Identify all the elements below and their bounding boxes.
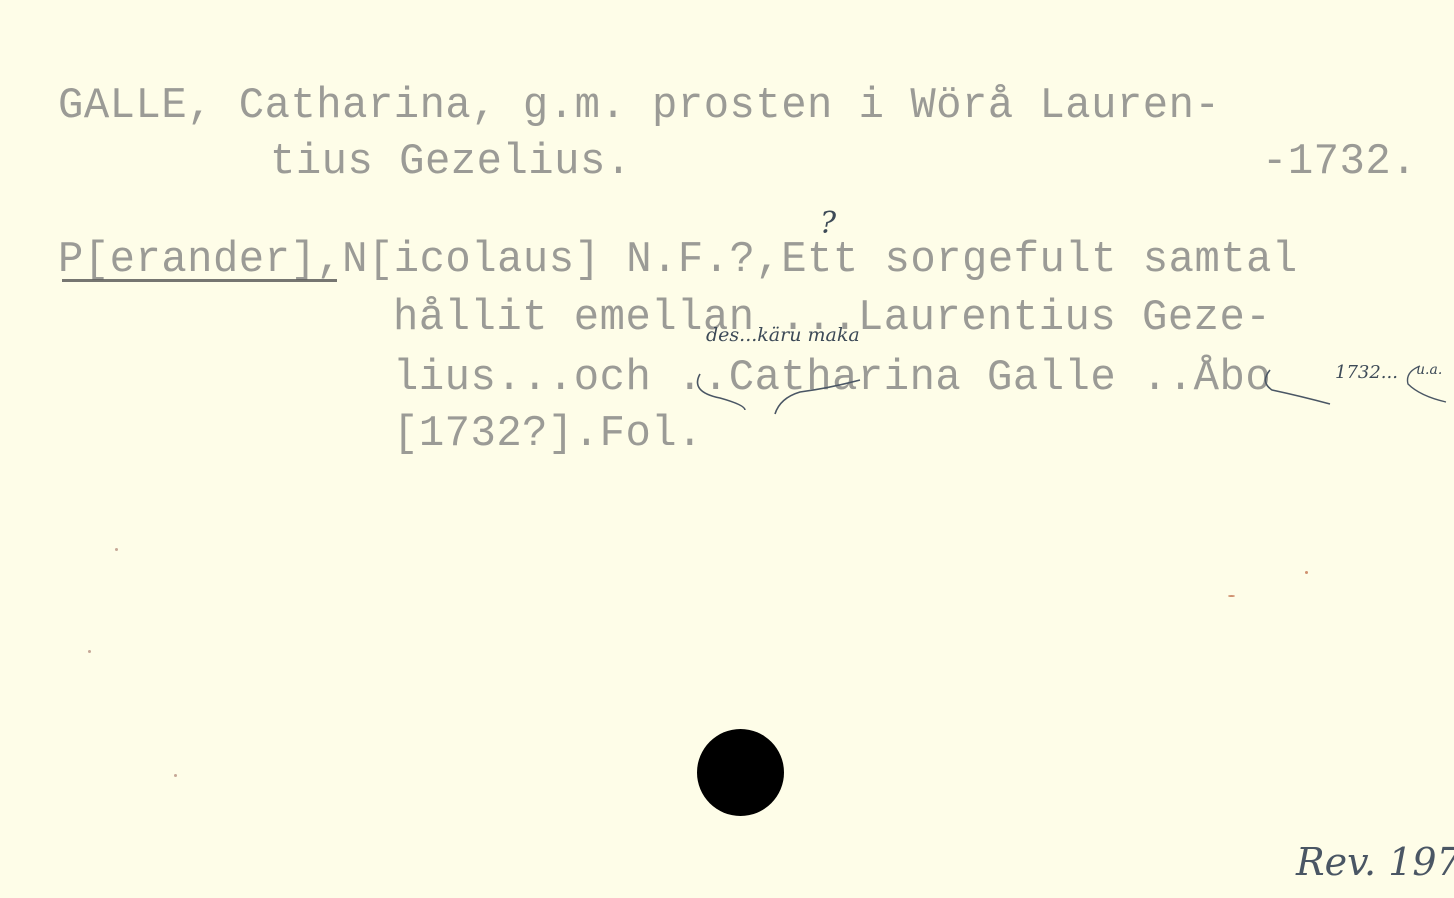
annotation-year: 1732... <box>1335 362 1398 383</box>
annotation-ua: u.a. <box>1416 362 1442 378</box>
catalog-card: GALLE, Catharina, g.m. prosten i Wörå La… <box>0 0 1454 898</box>
paper-speck <box>1305 571 1308 574</box>
entry-line-1: P[erander],N[icolaus] N.F.?,Ett sorgeful… <box>58 238 1298 282</box>
punch-hole <box>697 729 784 816</box>
entry-line-3: lius...och ..Catharina Galle ..Åbo <box>393 356 1271 400</box>
query-mark: ? <box>820 206 836 241</box>
paper-speck <box>88 650 91 653</box>
heading-line-1: GALLE, Catharina, g.m. prosten i Wörå La… <box>58 84 1220 128</box>
heading-date: -1732. <box>1262 140 1417 184</box>
paper-speck <box>174 774 177 777</box>
annotation-des-kara-maka: des...käru maka <box>706 324 860 346</box>
heading-line-2: tius Gezelius. <box>270 140 632 184</box>
paper-speck <box>115 548 118 551</box>
revision-note: Rev. 1970 <box>1296 840 1454 884</box>
author-underline <box>62 279 337 282</box>
entry-line-4: [1732?].Fol. <box>393 412 703 456</box>
paper-speck <box>1228 595 1235 597</box>
